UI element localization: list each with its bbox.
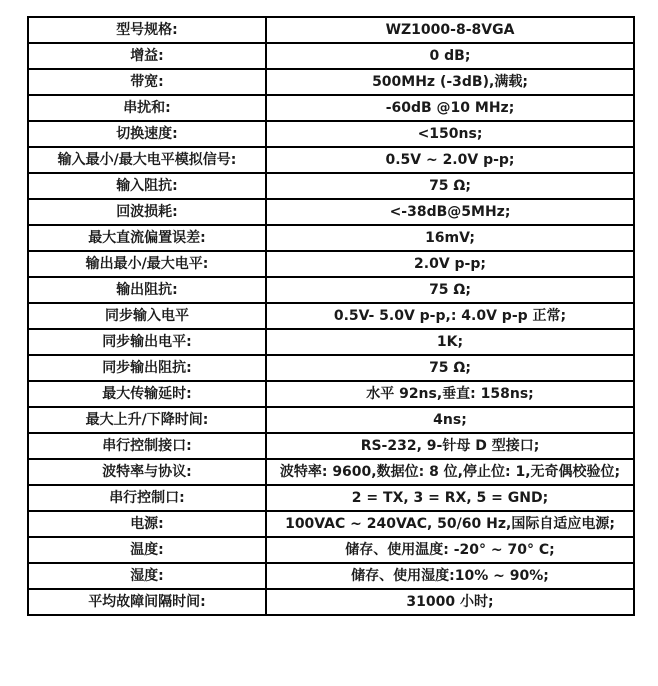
spec-label-cell: 最大直流偏置误差:	[28, 225, 266, 251]
spec-value-cell: 31000 小时;	[266, 589, 634, 615]
spec-label-cell: 同步输入电平	[28, 303, 266, 329]
table-row: 电源: 100VAC ~ 240VAC, 50/60 Hz,国际自适应电源;	[28, 511, 634, 537]
spec-label-cell: 输入最小/最大电平模拟信号:	[28, 147, 266, 173]
spec-value-cell: 75 Ω;	[266, 173, 634, 199]
spec-label-cell: 切换速度:	[28, 121, 266, 147]
table-row: 最大直流偏置误差: 16mV;	[28, 225, 634, 251]
spec-label-cell: 湿度:	[28, 563, 266, 589]
table-row: 型号规格: WZ1000-8-8VGA	[28, 17, 634, 43]
spec-value-cell: 0 dB;	[266, 43, 634, 69]
spec-value-cell: 500MHz (-3dB),满载;	[266, 69, 634, 95]
spec-value-cell: 2.0V p-p;	[266, 251, 634, 277]
spec-value-cell: 0.5V ~ 2.0V p-p;	[266, 147, 634, 173]
spec-table-body: 型号规格: WZ1000-8-8VGA 增益: 0 dB; 带宽: 500MHz…	[28, 17, 634, 615]
spec-value-cell: <-38dB@5MHz;	[266, 199, 634, 225]
table-row: 波特率与协议: 波特率: 9600,数据位: 8 位,停止位: 1,无奇偶校验位…	[28, 459, 634, 485]
spec-label-cell: 增益:	[28, 43, 266, 69]
spec-value-cell: RS-232, 9-针母 D 型接口;	[266, 433, 634, 459]
spec-label-cell: 串行控制接口:	[28, 433, 266, 459]
table-row: 同步输出电平: 1K;	[28, 329, 634, 355]
spec-label-cell: 输入阻抗:	[28, 173, 266, 199]
table-row: 带宽: 500MHz (-3dB),满载;	[28, 69, 634, 95]
table-row: 平均故障间隔时间: 31000 小时;	[28, 589, 634, 615]
table-row: 输出阻抗: 75 Ω;	[28, 277, 634, 303]
table-row: 增益: 0 dB;	[28, 43, 634, 69]
spec-label-cell: 输出最小/最大电平:	[28, 251, 266, 277]
table-row: 串扰和: -60dB @10 MHz;	[28, 95, 634, 121]
spec-value-cell: WZ1000-8-8VGA	[266, 17, 634, 43]
spec-value-cell: 波特率: 9600,数据位: 8 位,停止位: 1,无奇偶校验位;	[266, 459, 634, 485]
table-row: 串行控制口: 2 = TX, 3 = RX, 5 = GND;	[28, 485, 634, 511]
spec-value-cell: 储存、使用温度: -20° ~ 70° C;	[266, 537, 634, 563]
spec-value-cell: <150ns;	[266, 121, 634, 147]
spec-label-cell: 串行控制口:	[28, 485, 266, 511]
page: 型号规格: WZ1000-8-8VGA 增益: 0 dB; 带宽: 500MHz…	[0, 0, 658, 686]
spec-value-cell: -60dB @10 MHz;	[266, 95, 634, 121]
spec-value-cell: 16mV;	[266, 225, 634, 251]
spec-value-cell: 100VAC ~ 240VAC, 50/60 Hz,国际自适应电源;	[266, 511, 634, 537]
spec-label-cell: 同步输出阻抗:	[28, 355, 266, 381]
table-row: 同步输出阻抗: 75 Ω;	[28, 355, 634, 381]
spec-label-cell: 同步输出电平:	[28, 329, 266, 355]
spec-value-cell: 4ns;	[266, 407, 634, 433]
table-row: 输入最小/最大电平模拟信号: 0.5V ~ 2.0V p-p;	[28, 147, 634, 173]
spec-label-cell: 最大传输延时:	[28, 381, 266, 407]
spec-label-cell: 最大上升/下降时间:	[28, 407, 266, 433]
spec-value-cell: 2 = TX, 3 = RX, 5 = GND;	[266, 485, 634, 511]
spec-label-cell: 电源:	[28, 511, 266, 537]
table-row: 温度: 储存、使用温度: -20° ~ 70° C;	[28, 537, 634, 563]
spec-table-container: 型号规格: WZ1000-8-8VGA 增益: 0 dB; 带宽: 500MHz…	[27, 16, 635, 616]
spec-value-cell: 储存、使用湿度:10% ~ 90%;	[266, 563, 634, 589]
spec-label-cell: 型号规格:	[28, 17, 266, 43]
table-row: 最大传输延时: 水平 92ns,垂直: 158ns;	[28, 381, 634, 407]
spec-label-cell: 输出阻抗:	[28, 277, 266, 303]
spec-value-cell: 75 Ω;	[266, 277, 634, 303]
table-row: 湿度: 储存、使用湿度:10% ~ 90%;	[28, 563, 634, 589]
spec-value-cell: 0.5V- 5.0V p-p,: 4.0V p-p 正常;	[266, 303, 634, 329]
spec-label-cell: 回波损耗:	[28, 199, 266, 225]
spec-value-cell: 75 Ω;	[266, 355, 634, 381]
spec-table: 型号规格: WZ1000-8-8VGA 增益: 0 dB; 带宽: 500MHz…	[27, 16, 635, 616]
spec-label-cell: 串扰和:	[28, 95, 266, 121]
spec-label-cell: 波特率与协议:	[28, 459, 266, 485]
spec-label-cell: 带宽:	[28, 69, 266, 95]
spec-label-cell: 温度:	[28, 537, 266, 563]
spec-value-cell: 水平 92ns,垂直: 158ns;	[266, 381, 634, 407]
table-row: 最大上升/下降时间: 4ns;	[28, 407, 634, 433]
table-row: 切换速度: <150ns;	[28, 121, 634, 147]
table-row: 输入阻抗: 75 Ω;	[28, 173, 634, 199]
spec-label-cell: 平均故障间隔时间:	[28, 589, 266, 615]
table-row: 串行控制接口: RS-232, 9-针母 D 型接口;	[28, 433, 634, 459]
table-row: 回波损耗: <-38dB@5MHz;	[28, 199, 634, 225]
table-row: 输出最小/最大电平: 2.0V p-p;	[28, 251, 634, 277]
spec-value-cell: 1K;	[266, 329, 634, 355]
table-row: 同步输入电平 0.5V- 5.0V p-p,: 4.0V p-p 正常;	[28, 303, 634, 329]
